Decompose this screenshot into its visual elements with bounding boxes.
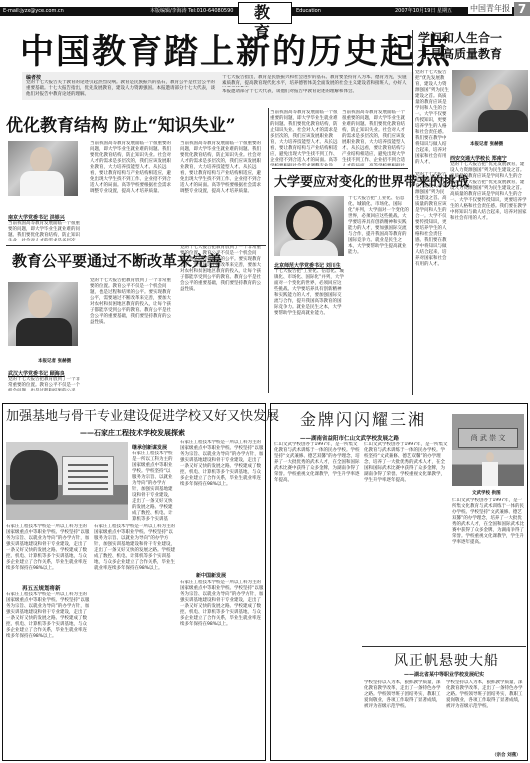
article-1-text-e: 当前我国高等教育发展面临一个很重要的问题，即大学毕业生就业难的问题。我们要优化教… (342, 110, 408, 166)
masthead-editor: 本版编辑/李海涛 Tel:010-64080590 (150, 7, 233, 16)
article-6-text-c: 仁山文武学校创办于1997年，是一所集文化教育与武术训练于一体的民办学校。学校坚… (452, 498, 526, 638)
article-5-text-b: 石家庄工程技术学校是一所以工科为主的国家级重点中等职业学校。学校坚持“以服务为宗… (180, 440, 264, 570)
article-4-text-d: 党的十七大报告把“优先发展教育，建设人力资源强国”列为民生建设之首。高质量的教育… (415, 172, 448, 390)
article-6-text-b: 仁山文武学校创办于1997年，是一所集文化教育与武术训练于一体的民办学校。学校坚… (364, 442, 448, 642)
photo-caption-2: 本报记者 张赫摄 (38, 358, 71, 364)
article-subtitle-sailing: ——湖北省某中等职业学校发展纪实 (404, 671, 484, 678)
article-5-text-e: 石家庄工程技术学校是一所以工科为主的国家级重点中等职业学校。学校坚持“以服务为宗… (94, 524, 176, 757)
divider (272, 168, 408, 169)
section-title: 教 育 (238, 2, 292, 24)
article-title-shijiazhuang: 加强基地与骨干专业建设促进学校又好又快发展 (6, 410, 279, 423)
photo-liu-chuansheng (274, 196, 344, 256)
editor-note-text: 党的十七大报告关于教育的论述引起热烈反响。教育是民族振兴的基石，教育公平是社会公… (26, 80, 216, 99)
article-subtitle-gold-medal: ——湖南省益阳市仁山文武学校发展之路 (300, 434, 399, 442)
article-title-quality-line2: 才是高质量教育 (418, 48, 502, 60)
article-6-text-a: 仁山文武学校创办于1997年，是一所集文化教育与武术训练于一体的民办学校。学校坚… (274, 442, 360, 757)
article-title-gold-medal: 金牌闪闪耀三湘 (300, 412, 426, 428)
editor-note-text-2: 十七大报告指出，教育是民族振兴和社会进步的基石。教育要坚持育人为本、德育为先，实… (222, 75, 410, 87)
column-divider (412, 30, 413, 395)
column-divider (268, 108, 269, 393)
article-5-text-f: 石家庄工程技术学校是一所以工科为主的国家级重点中等职业学校。学校坚持“以服务为宗… (180, 580, 264, 757)
editor-note-text-3: 本报邀请部分十七大代表，谈他们对报告中教育论述的理解和体会。 (222, 89, 410, 96)
byline-article-2: 武汉大学党委书记 顾海良 (8, 370, 65, 377)
article-title-quality-line1: 学问和人生合一 (418, 32, 502, 44)
byline-article-4: 西安交通大学校长 郑南宁 (450, 155, 507, 162)
photo-zheng-nanning (452, 70, 528, 132)
article-7-end-note: （宗合 刘燕） (492, 752, 521, 758)
divider (362, 646, 526, 647)
masthead-date: 2007年10月19日 星期五 (395, 7, 452, 16)
article-title-sailing: 风正帆悬驶大船 (394, 654, 499, 668)
section-head-1: 继承创新谋发展 (132, 444, 167, 451)
article-1-text-d: 当前我国高等教育发展面临一个很重要的问题，即大学毕业生就业难的问题。我们要优化教… (270, 110, 338, 166)
photo-caption-4: 本报记者 张赫摄 (470, 141, 503, 147)
article-1-text-a: 当前我国高等教育发展面临一个很重要的问题，即大学毕业生就业难的问题。我们要优化教… (8, 221, 84, 241)
section-english: Education (296, 7, 321, 16)
section-head-2: 再五五规划将新 (22, 584, 61, 592)
article-2-text-b: 党的十七大报告把教育放到了一个非常重要的位置。教育公平不仅是一个机会问题，也是过… (90, 278, 174, 390)
article-2-text-a: 党的十七大报告把教育放到了一个非常重要的位置。教育公平不仅是一个机会问题，也是过… (8, 377, 84, 391)
article-4-text-b: 党的十七大报告把“优先发展教育，建设人力资源强国”列为民生建设之首。高质量的教育… (415, 70, 449, 170)
article-5-text-a: 石家庄工程技术学校是一所以工科为主的国家级重点中等职业学校。学校坚持“以服务为宗… (132, 451, 174, 521)
article-subtitle-shijiazhuang: ——石家庄工程技术学校发展探索 (80, 428, 185, 438)
article-5-text-d: 石家庄工程技术学校是一所以工科为主的国家级重点中等职业学校。学校坚持“以服务为宗… (6, 592, 90, 757)
photo-gu-hailiang (8, 282, 78, 346)
article-4-text-a: 党的十七大报告把“优先发展教育，建设人力资源强国”列为民生建设之首。高质量的教育… (450, 162, 528, 178)
article-7-text-a: 学校坚持以人为本，狠抓教学质量，深化教育教学改革，走出了一条特色办学之路。学校领… (364, 680, 442, 758)
article-4-text-c: 党的十七大报告把“优先发展教育，建设人力资源强国”列为民生建设之首。高质量的教育… (450, 180, 528, 390)
photo-school-campus (6, 442, 128, 520)
article-title-structure: 优化教育结构 防止“知识失业” (6, 118, 235, 135)
newspaper-logo: 中国青年报 (468, 3, 512, 14)
article-1-text-b: 当前我国高等教育发展面临一个很重要的问题，即大学毕业生就业难的问题。我们要优化教… (90, 141, 174, 243)
photo-school-gate: 尚 武 崇 文 (452, 414, 524, 486)
article-7-text-b: 学校坚持以人为本，狠抓教学质量，深化教育教学改革，走出了一条特色办学之路。学校领… (446, 680, 526, 750)
photo-hong-yinxing (8, 141, 78, 196)
byline-article-1: 南京大学党委书记 洪银兴 (8, 214, 65, 221)
article-1-text-c: 当前我国高等教育发展面临一个很重要的问题，即大学毕业生就业难的问题。我们要优化教… (180, 141, 264, 243)
lead-headline: 中国教育踏上新的历史起点 (20, 32, 452, 72)
section-head-3: 新中国新发展 (196, 572, 226, 579)
article-3-text-b: 十七大报告把“工业化、信息化、城镇化、市场化、国际化”并列，大学面对一个变化的世… (348, 196, 410, 389)
masthead-email: E-mail:jyzx@yce.com.cn (3, 7, 64, 16)
article-2-text-c: 党的十七大报告把教育放到了一个非常重要的位置。教育公平不仅是一个机会问题，也是过… (180, 245, 264, 390)
photo-caption-6: 文武学校 供图 (472, 490, 501, 496)
article-3-text-a: 十七大报告把“工业化、信息化、城镇化、市场化、国际化”并列，大学面对一个变化的世… (274, 269, 344, 389)
byline-article-3: 北京师范大学党委书记 刘川生 (274, 262, 341, 269)
page-number: 7 (514, 2, 530, 16)
editor-note-box: 编者按 党的十七大报告关于教育的论述引起热烈反响。教育是民族振兴的基石，教育公平… (22, 72, 414, 100)
